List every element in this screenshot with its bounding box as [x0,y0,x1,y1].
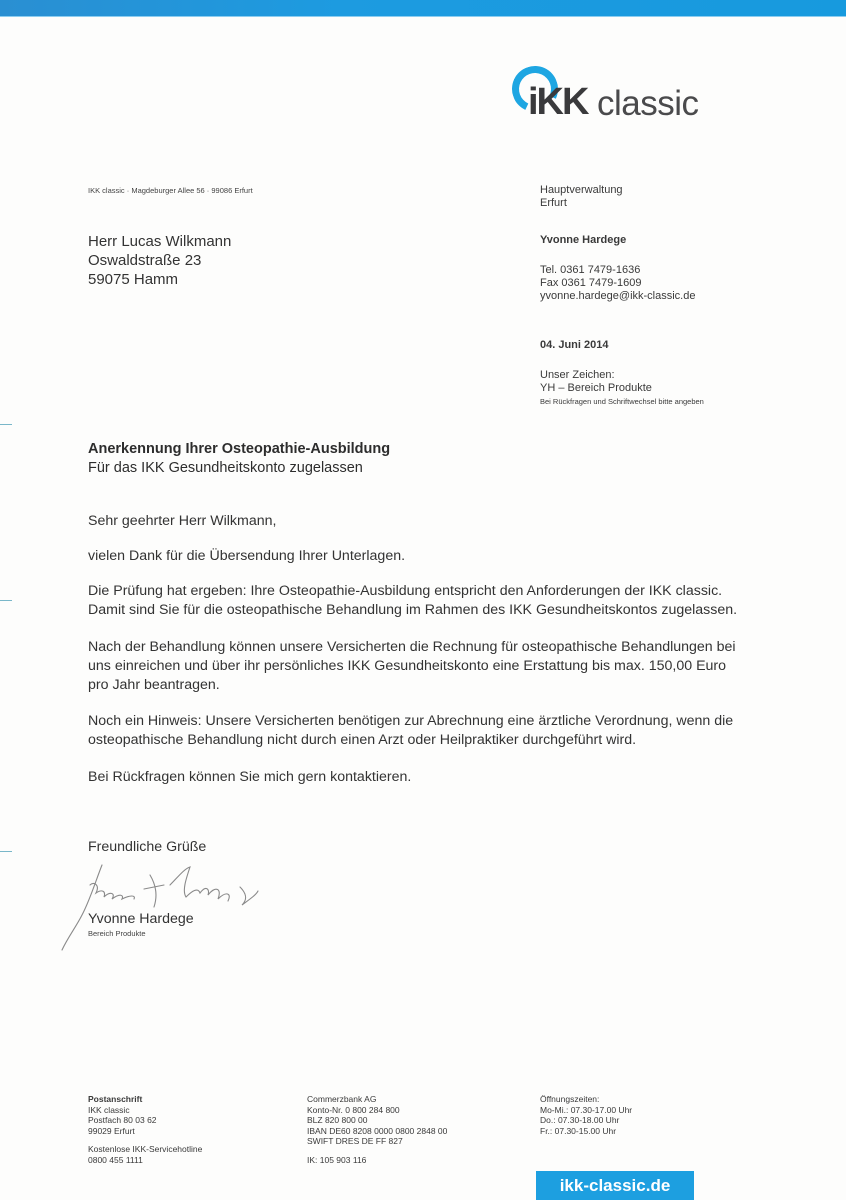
office-line-1: Hauptverwaltung [540,184,623,197]
ikk-classic-logo: iKK classic [512,64,712,128]
hours-line: Do.: 07.30-18.00 Uhr [540,1115,632,1126]
fold-mark [0,851,12,852]
contact-email[interactable]: yvonne.hardege@ikk-classic.de [540,290,695,303]
paragraph-4: Noch ein Hinweis: Unsere Versicherten be… [88,712,828,750]
hours-line: Fr.: 07.30-15.00 Uhr [540,1126,632,1137]
postal-line: IKK classic [88,1105,202,1116]
footer-postal: Postanschrift IKK classic Postfach 80 03… [88,1094,202,1166]
bank-line: Commerzbank AG [307,1094,447,1105]
paragraph-line: Noch ein Hinweis: Unsere Versicherten be… [88,712,828,731]
bank-line: BLZ 820 800 00 [307,1115,447,1126]
signer-name: Yvonne Hardege [88,910,828,929]
recipient-address: Herr Lucas Wilkmann Oswaldstraße 23 5907… [88,232,231,289]
sender-return-address: IKK classic · Magdeburger Allee 56 · 990… [88,186,253,195]
reference-note: Bei Rückfragen und Schriftwechsel bitte … [540,395,704,408]
paragraph-3: Nach der Behandlung können unsere Versic… [88,638,828,695]
fold-mark [0,424,12,425]
letter-date: 04. Juni 2014 [540,339,609,352]
ik-number: IK: 105 903 116 [307,1155,447,1166]
paragraph-line: pro Jahr beantragen. [88,676,828,695]
contact-details: Tel. 0361 7479-1636 Fax 0361 7479-1609 y… [540,264,695,303]
paragraph-line: Bei Rückfragen können Sie mich gern kont… [88,768,828,787]
recipient-city: 59075 Hamm [88,270,231,289]
paragraph-2: Die Prüfung hat ergeben: Ihre Osteopathi… [88,582,828,620]
office-block: Hauptverwaltung Erfurt [540,184,623,210]
logo-light-text: classic [597,84,699,124]
paragraph-line: Nach der Behandlung können unsere Versic… [88,638,828,657]
recipient-name: Herr Lucas Wilkmann [88,232,231,251]
recipient-street: Oswaldstraße 23 [88,251,231,270]
hours-line: Mo-Mi.: 07.30-17.00 Uhr [540,1105,632,1116]
paragraph-line: Damit sind Sie für die osteopathische Be… [88,601,828,620]
office-line-2: Erfurt [540,197,623,210]
hotline-number: 0800 455 1111 [88,1155,202,1166]
bank-line: IBAN DE60 8208 0000 0800 2848 00 [307,1126,447,1137]
postal-line: 99029 Erfurt [88,1126,202,1137]
salutation: Sehr geehrter Herr Wilkmann, [88,512,828,531]
logo-bold-text: iKK [528,82,587,122]
handwritten-signature [60,855,280,955]
reference-label: Unser Zeichen: [540,369,704,382]
paragraph-5: Bei Rückfragen können Sie mich gern kont… [88,768,828,787]
hours-heading: Öffnungszeiten: [540,1094,632,1105]
footer-hours: Öffnungszeiten: Mo-Mi.: 07.30-17.00 Uhr … [540,1094,632,1136]
postal-line: Postfach 80 03 62 [88,1115,202,1126]
bank-line: SWIFT DRES DE FF 827 [307,1136,447,1147]
contact-tel: Tel. 0361 7479-1636 [540,264,695,277]
contact-fax: Fax 0361 7479-1609 [540,277,695,290]
paragraph-line: vielen Dank für die Übersendung Ihrer Un… [88,547,828,566]
bank-line: Konto-Nr. 0 800 284 800 [307,1105,447,1116]
hotline-label: Kostenlose IKK-Servicehotline [88,1144,202,1155]
paragraph-line: osteopathische Behandlung nicht durch ei… [88,731,828,750]
postal-heading: Postanschrift [88,1094,202,1105]
subject: Anerkennung Ihrer Osteopathie-Ausbildung… [88,440,390,478]
contact-name: Yvonne Hardege [540,234,626,247]
top-color-band [0,0,846,17]
reference-value: YH – Bereich Produkte [540,382,704,395]
fold-mark [0,600,12,601]
subject-title: Anerkennung Ihrer Osteopathie-Ausbildung [88,440,390,459]
footer-bank: Commerzbank AG Konto-Nr. 0 800 284 800 B… [307,1094,447,1166]
paragraph-1: vielen Dank für die Übersendung Ihrer Un… [88,547,828,566]
reference-block: Unser Zeichen: YH – Bereich Produkte Bei… [540,369,704,408]
website-badge[interactable]: ikk-classic.de [536,1171,694,1200]
signer-department: Bereich Produkte [88,929,146,938]
subject-subtitle: Für das IKK Gesundheitskonto zugelassen [88,459,390,478]
paragraph-line: uns einreichen und über ihr persönliches… [88,657,828,676]
paragraph-line: Die Prüfung hat ergeben: Ihre Osteopathi… [88,582,828,601]
